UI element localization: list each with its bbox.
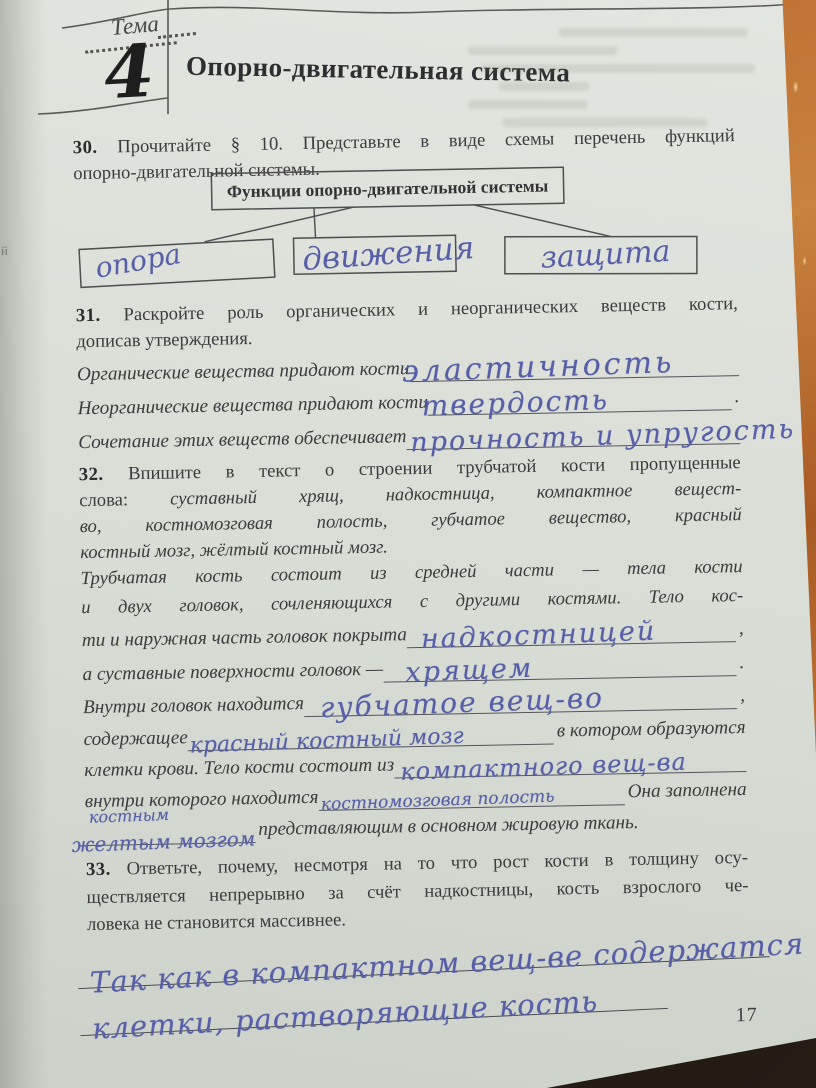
printed-tail: , [736,618,744,642]
diagram-connector-left [204,207,355,242]
task33-number: 33. [86,859,111,880]
diagram-root-label: Функции опорно-двигательной системы [227,176,549,202]
page-number: 17 [736,1004,758,1027]
printed-tail: представляющим в основном жировую ткань. [255,812,639,843]
diagram-connector-middle [314,208,316,238]
task32-line2-plain: слова: [79,489,128,511]
handwritten-answer-line2: клетки, растворяющие кость [91,984,599,1046]
printed-tail: . [736,652,744,676]
diagram-connector-right [474,202,611,238]
task30-number: 30. [73,137,98,158]
answer-blank: прочность и упругость [407,443,741,450]
statement-tail: . [731,386,739,410]
task32-number: 32. [79,464,104,485]
printed-tail: , [737,685,745,709]
answer-blank: желтым мозгом костным [86,842,256,846]
page-body: 30. Прочитайте § 10. Представьте в виде … [0,0,816,1088]
workbook-photo: й Тема 4 Опорно-двигательная система 30.… [0,0,816,1088]
diagram-answer-left: опора [93,237,184,285]
task31-number: 31. [76,305,101,326]
statement-printed: Сочетание этих веществ обеспечивает [78,426,407,456]
scheme-diagram: Функции опорно-двигательной системы опор… [73,156,723,296]
task33-line1: Ответьте, почему, несмотря на то что рос… [126,847,748,879]
handwritten-insertion: костным [89,805,171,852]
diagram-answer-right: защита [540,234,672,276]
